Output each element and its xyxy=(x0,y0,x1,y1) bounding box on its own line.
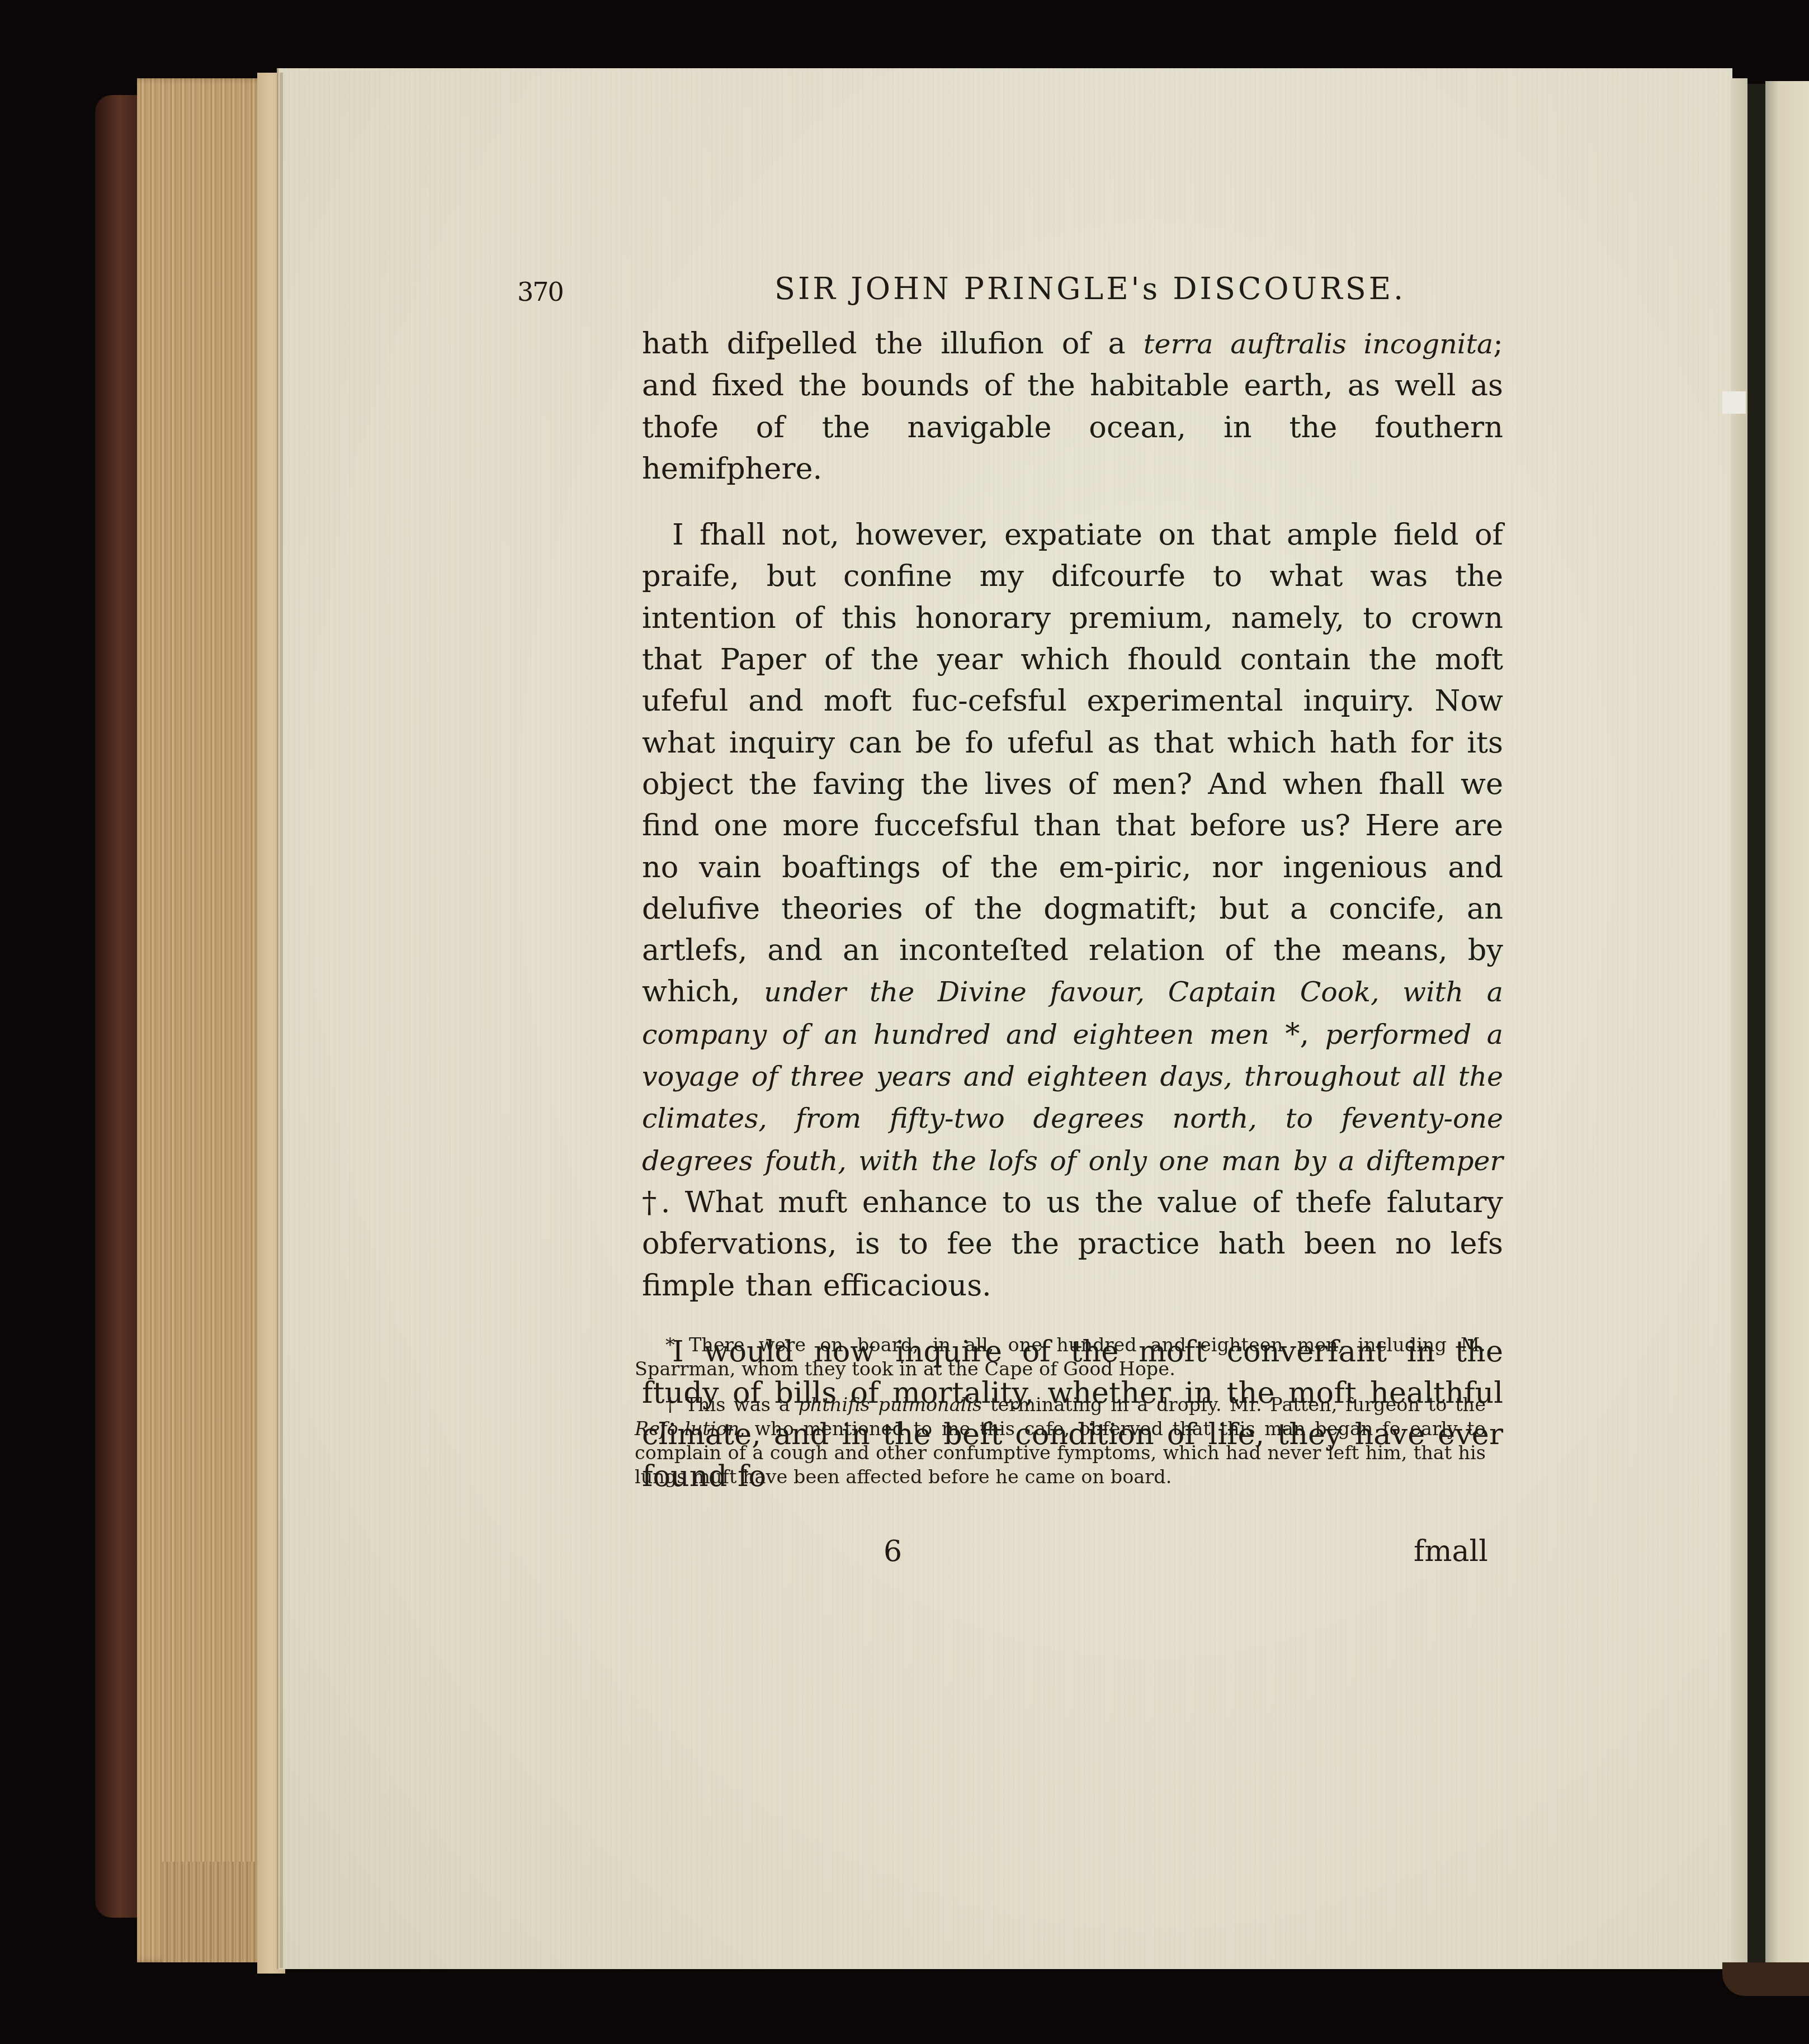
footnote: * There were on board, in all, one hundr… xyxy=(635,1333,1486,1381)
book-binding-right xyxy=(1722,1962,1809,1996)
facing-page-edge xyxy=(1765,81,1809,1965)
gutter-shadow xyxy=(1747,84,1765,1962)
italic-text: phthifis pulmonalis xyxy=(798,1394,982,1416)
italic-text: Refo-lution xyxy=(635,1418,739,1440)
page-edges-lower xyxy=(162,1862,257,1962)
page-gutter xyxy=(1731,78,1747,1962)
text-run: *, xyxy=(1269,1017,1325,1051)
text-run: †. What muft enhance to us the value of … xyxy=(642,1185,1503,1303)
text-run: I fhall not, however, expatiate on that … xyxy=(642,518,1503,1009)
text-run: , who mentioned to me this cafe, obferve… xyxy=(635,1418,1486,1488)
footnote: † This was a phthifis pulmonalis termina… xyxy=(635,1393,1486,1489)
italic-text: terra auftralis incognita xyxy=(1144,328,1494,360)
text-run: hath difpelled the illufion of a xyxy=(642,327,1144,361)
paper-tab-marker xyxy=(1722,391,1746,414)
text-run: terminating in a dropfy. Mr. Patten, fur… xyxy=(982,1394,1486,1416)
running-head: SIR JOHN PRINGLE's DISCOURSE. xyxy=(774,271,1406,306)
paragraph: hath difpelled the illufion of a terra a… xyxy=(642,323,1503,490)
footnotes: * There were on board, in all, one hundr… xyxy=(635,1333,1486,1489)
text-run: * There were on board, in all, one hundr… xyxy=(635,1334,1486,1380)
catchword: fmall xyxy=(1414,1535,1488,1568)
body-text: hath difpelled the illufion of a terra a… xyxy=(642,323,1503,1497)
page-number: 370 xyxy=(517,277,563,307)
text-run: † This was a xyxy=(665,1394,798,1416)
paragraph: I fhall not, however, expatiate on that … xyxy=(642,514,1503,1307)
signature-mark: 6 xyxy=(884,1535,902,1568)
page-edges-stack xyxy=(137,78,266,1962)
page-border-line xyxy=(280,73,283,1968)
